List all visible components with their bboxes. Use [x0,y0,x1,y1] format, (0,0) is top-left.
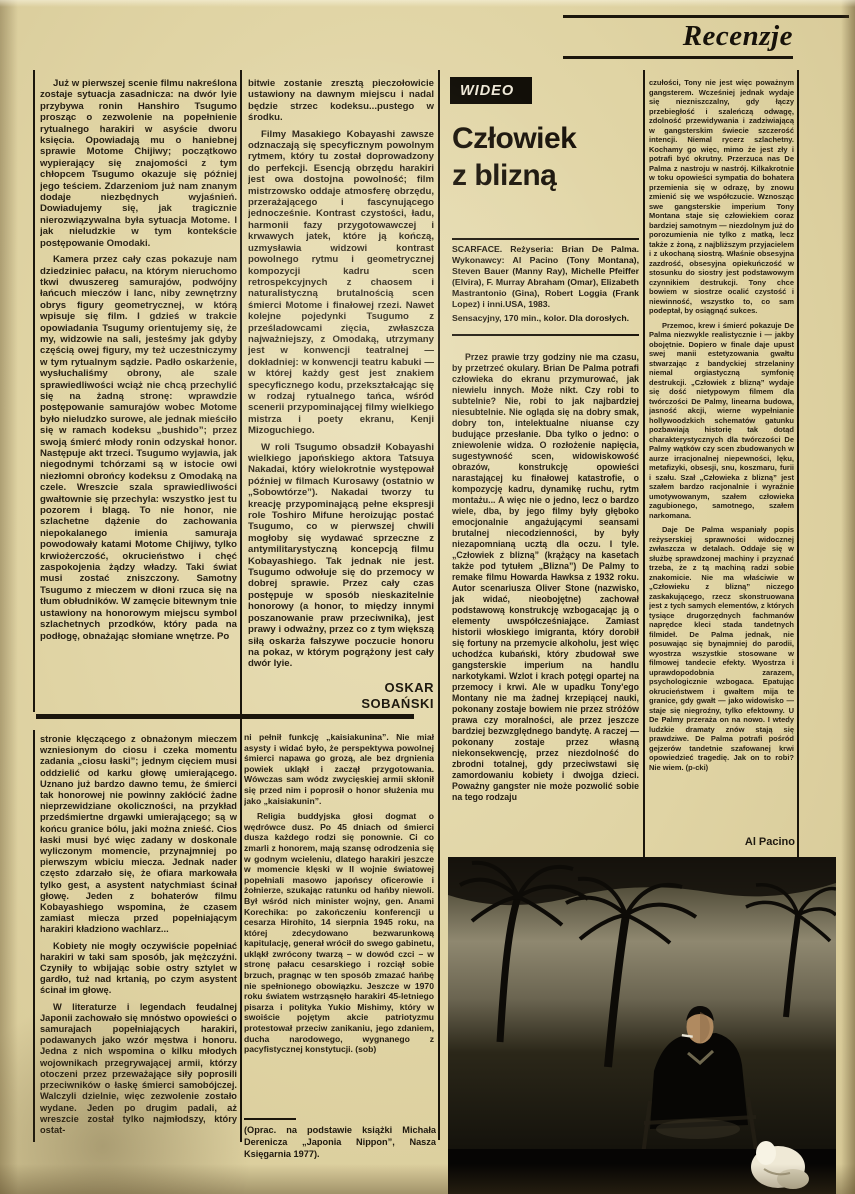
source-note-text: (Oprac. na podstawie książki Michała Der… [244,1124,436,1160]
column-4: czułości, Tony nie jest więc poważnym ga… [649,78,794,826]
article-paragraph-text: Religia buddyjska głosi dogmat o wędrówc… [244,811,434,1054]
article-paragraph: Filmy Masakiego Kobayashi zawsze odznacz… [248,129,434,437]
review-title: Człowiek z blizną [452,120,640,194]
article-paragraph: Przemoc, krew i śmierć pokazuje De Palma… [649,321,794,521]
byline-line: SOBAŃSKI [248,696,434,712]
photo-caption: Al Pacino [649,836,795,848]
column-rule-right [797,70,799,862]
video-section-label: WIDEO [460,83,514,99]
column-3: Przez prawie trzy godziny nie ma czasu, … [452,352,639,830]
page-header-title: Recenzje [563,20,793,53]
article-signature: (sob) [355,1044,376,1054]
credits-block: SCARFACE. Reżyseria: Brian De Palma. Wyk… [452,244,639,332]
scene-photo [448,857,836,1194]
article-paragraph: W literaturze i legendach feudalnej Japo… [40,1002,237,1136]
byline-line: OSKAR [248,680,434,696]
credits-main: SCARFACE. Reżyseria: Brian De Palma. Wyk… [452,244,639,310]
source-note: (Oprac. na podstawie książki Michała Der… [244,1124,436,1170]
review-title-line: z blizną [452,157,640,194]
column-rule-3-4 [643,70,645,862]
credits-rule-bottom [452,334,639,336]
article-paragraph: stronie klęczącego z obnażonym mieczem w… [40,734,237,936]
article-paragraph: Przez prawie trzy godziny nie ma czasu, … [452,352,639,803]
column-2: bitwie zostanie zresztą pieczołowicie us… [248,78,434,723]
byline: OSKAR SOBAŃSKI [248,680,434,712]
credits-info: Sensacyjny, 170 min., kolor. Dla dorosły… [452,313,639,324]
video-section-badge: WIDEO [450,77,532,104]
bottom-column-left: stronie klęczącego z obnażonym mieczem w… [40,734,237,1146]
article-paragraph: ni pełnił funkcję „kaisiakunina”. Nie mi… [244,732,434,806]
column-1: Już w pierwszej scenie filmu nakreślona … [40,78,237,714]
article-paragraph: Religia buddyjska głosi dogmat o wędrówc… [244,811,434,1055]
masthead-rule-top [563,15,849,18]
review-title-line: Człowiek [452,120,640,157]
article-paragraph: bitwie zostanie zresztą pieczołowicie us… [248,78,434,124]
article-paragraph: czułości, Tony nie jest więc poważnym ga… [649,78,794,316]
article-paragraph: Daje De Palma wspaniały popis reżyserski… [649,525,794,772]
column-rule-1-2 [240,70,242,1142]
article-paragraph: Kobiety nie mogły oczywiście popełniać h… [40,941,237,997]
bottom-column-middle: ni pełnił funkcję „kaisiakunina”. Nie mi… [244,732,434,1118]
credits-rule-top [452,238,639,240]
masthead-rule-bottom [563,56,793,59]
article-paragraph: Kamera przez cały czas pokazuje nam dzie… [40,254,237,642]
source-note-rule [244,1118,296,1120]
article-paragraph: Już w pierwszej scenie filmu nakreślona … [40,78,237,249]
column-rule-2-3 [438,70,440,1140]
article-paragraph: W roli Tsugumo obsadził Kobayashi wielki… [248,442,434,670]
magazine-page: Recenzje Już w pierwszej scenie filmu na… [0,0,855,1194]
column-rule-left-bottom [33,730,35,1142]
scene-photo-illustration [448,857,836,1194]
column-rule-left-top [33,70,35,712]
